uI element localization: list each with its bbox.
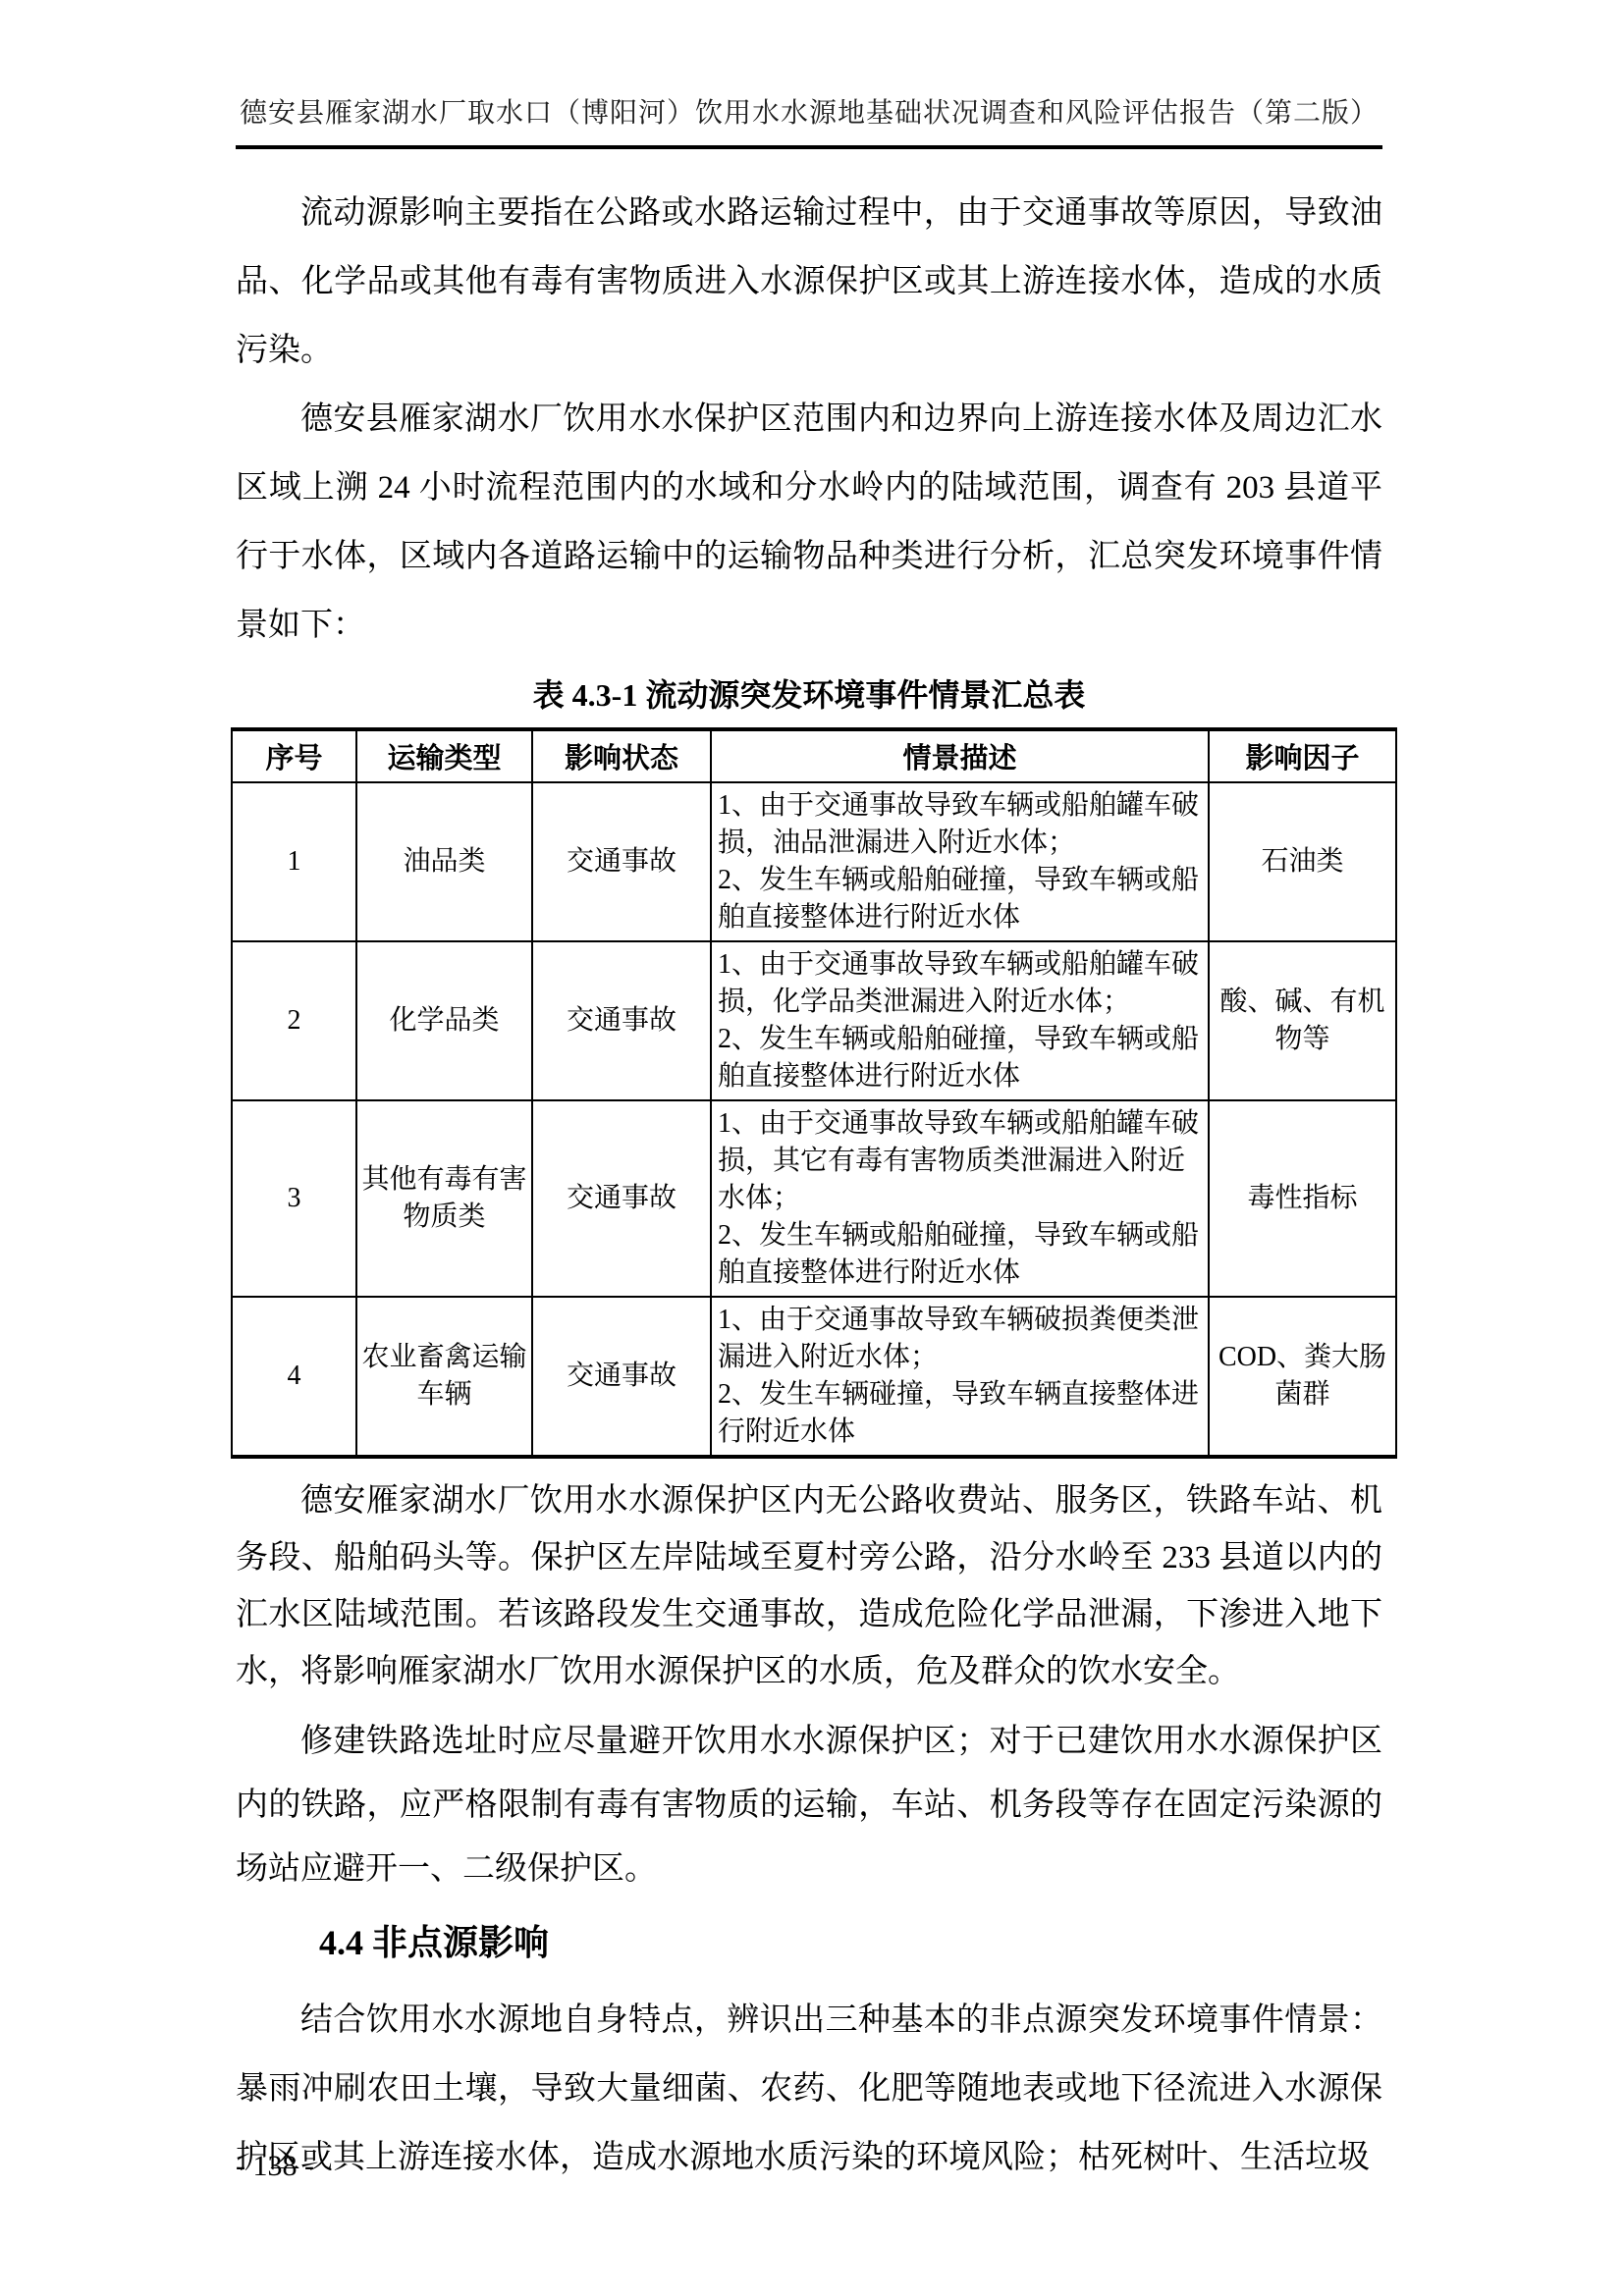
paragraph-mobile-source-intro: 流动源影响主要指在公路或水路运输过程中，由于交通事故等原因，导致油品、化学品或其… [236,179,1382,385]
scenario-item-2: 2、发生车辆或船舶碰撞，导致车辆或船舶直接整体进行附近水体 [718,1217,1200,1292]
mobile-source-scenario-table: 序号 运输类型 影响状态 情景描述 影响因子 1 油品类 交通事故 1、由于交通… [231,727,1397,1459]
col-header-impact-state: 影响状态 [532,729,711,782]
cell-impact-state: 交通事故 [532,782,711,941]
table-caption: 表 4.3-1 流动源突发环境事件情景汇总表 [236,673,1382,718]
col-header-scenario-description: 情景描述 [711,729,1209,782]
cell-scenario-description: 1、由于交通事故导致车辆或船舶罐车破损，油品泄漏进入附近水体； 2、发生车辆或船… [711,782,1209,941]
cell-impact-state: 交通事故 [532,1297,711,1457]
cell-index: 1 [232,782,356,941]
table-header-row: 序号 运输类型 影响状态 情景描述 影响因子 [232,729,1396,782]
paragraph-railway-siting: 修建铁路选址时应尽量避开饮用水水源保护区；对于已建饮用水水源保护区内的铁路，应严… [236,1710,1382,1901]
cell-impact-factor: COD、粪大肠菌群 [1209,1297,1396,1457]
cell-impact-factor: 石油类 [1209,782,1396,941]
scenario-item-2: 2、发生车辆或船舶碰撞，导致车辆或船舶直接整体进行附近水体 [718,862,1200,936]
document-body: 流动源影响主要指在公路或水路运输过程中，由于交通事故等原因，导致油品、化学品或其… [236,179,1382,2192]
cell-impact-factor: 酸、碱、有机物等 [1209,941,1396,1100]
scenario-item-2: 2、发生车辆或船舶碰撞，导致车辆或船舶直接整体进行附近水体 [718,1021,1200,1095]
cell-transport-type: 油品类 [356,782,532,941]
header-title: 德安县雁家湖水厂取水口（博阳河）饮用水水源地基础状况调查和风险评估报告（第二版） [236,94,1382,133]
section-heading-4-4: 4.4 非点源影响 [319,1919,1382,1966]
page-number: - 138 - [236,2150,314,2182]
cell-scenario-description: 1、由于交通事故导致车辆或船舶罐车破损，其它有毒有害物质类泄漏进入附近水体； 2… [711,1100,1209,1297]
paragraph-nonpoint-source-intro: 结合饮用水水源地自身特点，辨识出三种基本的非点源突发环境事件情景：暴雨冲刷农田土… [236,1986,1382,2192]
table-row: 2 化学品类 交通事故 1、由于交通事故导致车辆或船舶罐车破损，化学品类泄漏进入… [232,941,1396,1100]
col-header-transport-type: 运输类型 [356,729,532,782]
cell-scenario-description: 1、由于交通事故导致车辆或船舶罐车破损，化学品类泄漏进入附近水体； 2、发生车辆… [711,941,1209,1100]
paragraph-protection-zone: 德安雁家湖水厂饮用水水源保护区内无公路收费站、服务区，铁路车站、机务段、船舶码头… [236,1472,1382,1700]
scenario-item-1: 1、由于交通事故导致车辆破损粪便类泄漏进入附近水体； [718,1302,1200,1376]
scenario-item-1: 1、由于交通事故导致车辆或船舶罐车破损，油品泄漏进入附近水体； [718,787,1200,862]
table-row: 1 油品类 交通事故 1、由于交通事故导致车辆或船舶罐车破损，油品泄漏进入附近水… [232,782,1396,941]
cell-transport-type: 其他有毒有害物质类 [356,1100,532,1297]
scenario-item-1: 1、由于交通事故导致车辆或船舶罐车破损，化学品类泄漏进入附近水体； [718,946,1200,1021]
page-header: 德安县雁家湖水厂取水口（博阳河）饮用水水源地基础状况调查和风险评估报告（第二版） [236,94,1382,149]
cell-scenario-description: 1、由于交通事故导致车辆破损粪便类泄漏进入附近水体； 2、发生车辆碰撞，导致车辆… [711,1297,1209,1457]
scenario-item-1: 1、由于交通事故导致车辆或船舶罐车破损，其它有毒有害物质类泄漏进入附近水体； [718,1105,1200,1217]
cell-impact-factor: 毒性指标 [1209,1100,1396,1297]
document-page: 德安县雁家湖水厂取水口（博阳河）饮用水水源地基础状况调查和风险评估报告（第二版）… [0,0,1624,2296]
table-row: 3 其他有毒有害物质类 交通事故 1、由于交通事故导致车辆或船舶罐车破损，其它有… [232,1100,1396,1297]
cell-impact-state: 交通事故 [532,941,711,1100]
scenario-item-2: 2、发生车辆碰撞，导致车辆直接整体进行附近水体 [718,1376,1200,1451]
cell-impact-state: 交通事故 [532,1100,711,1297]
cell-index: 4 [232,1297,356,1457]
col-header-index: 序号 [232,729,356,782]
cell-index: 2 [232,941,356,1100]
col-header-impact-factor: 影响因子 [1209,729,1396,782]
cell-transport-type: 化学品类 [356,941,532,1100]
page-footer: - 138 - [236,2146,314,2187]
cell-transport-type: 农业畜禽运输车辆 [356,1297,532,1457]
paragraph-survey-scope: 德安县雁家湖水厂饮用水水保护区范围内和边界向上游连接水体及周边汇水区域上溯 24… [236,385,1382,660]
cell-index: 3 [232,1100,356,1297]
table-row: 4 农业畜禽运输车辆 交通事故 1、由于交通事故导致车辆破损粪便类泄漏进入附近水… [232,1297,1396,1457]
